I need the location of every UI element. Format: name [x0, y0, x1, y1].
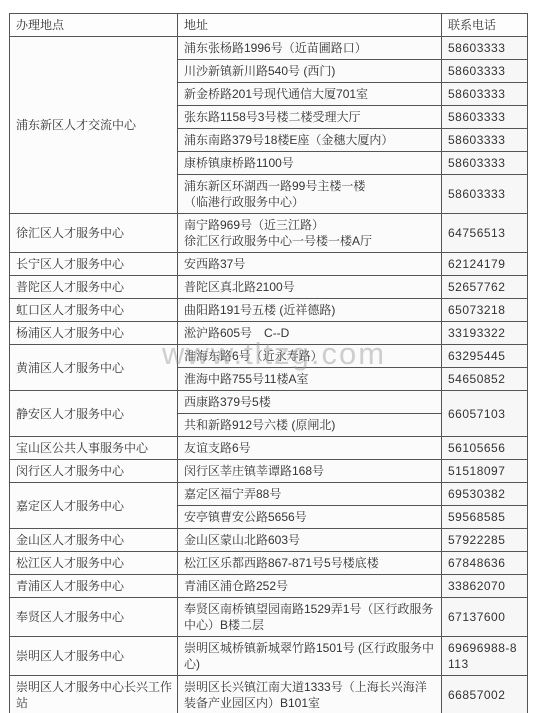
phone-cell: 66057103 [442, 391, 528, 437]
phone-cell: 33862070 [442, 575, 528, 598]
address-cell: 安亭镇曹安公路5656号 [178, 506, 442, 529]
table-row: 崇明区人才服务中心长兴工作站崇明区长兴镇江南大道1333号（上海长兴海洋装备产业… [10, 676, 528, 713]
phone-cell: 59568585 [442, 506, 528, 529]
table-row: 徐汇区人才服务中心南宁路969号（近三江路） 徐汇区行政服务中心一号楼一楼A厅6… [10, 214, 528, 253]
header-location: 办理地点 [10, 14, 178, 37]
header-address: 地址 [178, 14, 442, 37]
address-cell: 淞沪路605号 C--D [178, 322, 442, 345]
location-cell: 徐汇区人才服务中心 [10, 214, 178, 253]
table-row: 普陀区人才服务中心普陀区真北路2100号52657762 [10, 276, 528, 299]
table-row: 静安区人才服务中心西康路379号5楼66057103 [10, 391, 528, 414]
address-cell: 浦东新区环湖西一路99号主楼一楼 （临港行政服务中心） [178, 175, 442, 214]
table-row: 长宁区人才服务中心安西路37号62124179 [10, 253, 528, 276]
location-cell: 嘉定区人才服务中心 [10, 483, 178, 529]
phone-cell: 57922285 [442, 529, 528, 552]
address-cell: 西康路379号5楼 [178, 391, 442, 414]
phone-cell: 54650852 [442, 368, 528, 391]
phone-cell: 58603333 [442, 83, 528, 106]
location-cell: 崇明区人才服务中心长兴工作站 [10, 676, 178, 713]
location-cell: 黄浦区人才服务中心 [10, 345, 178, 391]
location-cell: 松江区人才服务中心 [10, 552, 178, 575]
address-cell: 共和新路912号六楼 (原闸北) [178, 414, 442, 437]
address-cell: 友谊支路6号 [178, 437, 442, 460]
location-cell: 普陀区人才服务中心 [10, 276, 178, 299]
phone-cell: 58603333 [442, 37, 528, 60]
phone-cell: 69696988-8113 [442, 637, 528, 676]
phone-cell: 33193322 [442, 322, 528, 345]
address-cell: 新金桥路201号现代通信大厦701室 [178, 83, 442, 106]
phone-cell: 65073218 [442, 299, 528, 322]
table-row: 金山区人才服务中心金山区蒙山北路603号57922285 [10, 529, 528, 552]
phone-cell: 67137600 [442, 598, 528, 637]
address-cell: 浦东张杨路1996号（近苗圃路口） [178, 37, 442, 60]
location-cell: 杨浦区人才服务中心 [10, 322, 178, 345]
table-row: 青浦区人才服务中心青浦区浦仓路252号33862070 [10, 575, 528, 598]
location-cell: 长宁区人才服务中心 [10, 253, 178, 276]
phone-cell: 67848636 [442, 552, 528, 575]
table-row: 松江区人才服务中心松江区乐都西路867-871号5号楼底楼67848636 [10, 552, 528, 575]
phone-cell: 63295445 [442, 345, 528, 368]
phone-cell: 51518097 [442, 460, 528, 483]
table-row: 奉贤区人才服务中心奉贤区南桥镇望园南路1529弄1号（区行政服务中心）B楼二层6… [10, 598, 528, 637]
address-cell: 闵行区莘庄镇莘谭路168号 [178, 460, 442, 483]
contact-table-container: 办理地点 地址 联系电话 浦东新区人才交流中心浦东张杨路1996号（近苗圃路口）… [9, 13, 528, 713]
address-cell: 康桥镇康桥路1100号 [178, 152, 442, 175]
location-cell: 宝山区公共人事服务中心 [10, 437, 178, 460]
address-cell: 浦东南路379号18楼E座（金穗大厦内） [178, 129, 442, 152]
address-cell: 曲阳路191号五楼 (近祥德路) [178, 299, 442, 322]
phone-cell: 62124179 [442, 253, 528, 276]
address-cell: 崇明区长兴镇江南大道1333号（上海长兴海洋装备产业园区内）B101室 [178, 676, 442, 713]
address-cell: 南宁路969号（近三江路） 徐汇区行政服务中心一号楼一楼A厅 [178, 214, 442, 253]
address-cell: 淮海东路6号（近永寿路） [178, 345, 442, 368]
phone-cell: 66857002 [442, 676, 528, 713]
table-row: 闵行区人才服务中心闵行区莘庄镇莘谭路168号51518097 [10, 460, 528, 483]
header-row: 办理地点 地址 联系电话 [10, 14, 528, 37]
address-cell: 松江区乐都西路867-871号5号楼底楼 [178, 552, 442, 575]
table-row: 浦东新区人才交流中心浦东张杨路1996号（近苗圃路口）58603333 [10, 37, 528, 60]
header-phone: 联系电话 [442, 14, 528, 37]
address-cell: 安西路37号 [178, 253, 442, 276]
table-row: 崇明区人才服务中心崇明区城桥镇新城翠竹路1501号 (区行政服务中心)69696… [10, 637, 528, 676]
phone-cell: 52657762 [442, 276, 528, 299]
address-cell: 嘉定区福宁弄88号 [178, 483, 442, 506]
phone-cell: 58603333 [442, 129, 528, 152]
location-cell: 浦东新区人才交流中心 [10, 37, 178, 214]
location-cell: 崇明区人才服务中心 [10, 637, 178, 676]
location-cell: 闵行区人才服务中心 [10, 460, 178, 483]
location-cell: 金山区人才服务中心 [10, 529, 178, 552]
location-cell: 青浦区人才服务中心 [10, 575, 178, 598]
address-cell: 川沙新镇新川路540号 (西门) [178, 60, 442, 83]
phone-cell: 58603333 [442, 60, 528, 83]
location-cell: 虹口区人才服务中心 [10, 299, 178, 322]
address-cell: 金山区蒙山北路603号 [178, 529, 442, 552]
phone-cell: 64756513 [442, 214, 528, 253]
location-cell: 静安区人才服务中心 [10, 391, 178, 437]
address-cell: 奉贤区南桥镇望园南路1529弄1号（区行政服务中心）B楼二层 [178, 598, 442, 637]
table-row: 杨浦区人才服务中心淞沪路605号 C--D33193322 [10, 322, 528, 345]
address-cell: 淮海中路755号11楼A室 [178, 368, 442, 391]
contact-table: 办理地点 地址 联系电话 浦东新区人才交流中心浦东张杨路1996号（近苗圃路口）… [9, 13, 528, 713]
phone-cell: 56105656 [442, 437, 528, 460]
location-cell: 奉贤区人才服务中心 [10, 598, 178, 637]
address-cell: 张东路1158号3号楼二楼受理大厅 [178, 106, 442, 129]
phone-cell: 69530382 [442, 483, 528, 506]
address-cell: 青浦区浦仓路252号 [178, 575, 442, 598]
address-cell: 普陀区真北路2100号 [178, 276, 442, 299]
table-row: 虹口区人才服务中心曲阳路191号五楼 (近祥德路)65073218 [10, 299, 528, 322]
phone-cell: 58603333 [442, 106, 528, 129]
phone-cell: 58603333 [442, 175, 528, 214]
table-row: 黄浦区人才服务中心淮海东路6号（近永寿路）63295445 [10, 345, 528, 368]
phone-cell: 58603333 [442, 152, 528, 175]
table-row: 嘉定区人才服务中心嘉定区福宁弄88号69530382 [10, 483, 528, 506]
table-row: 宝山区公共人事服务中心友谊支路6号56105656 [10, 437, 528, 460]
address-cell: 崇明区城桥镇新城翠竹路1501号 (区行政服务中心) [178, 637, 442, 676]
